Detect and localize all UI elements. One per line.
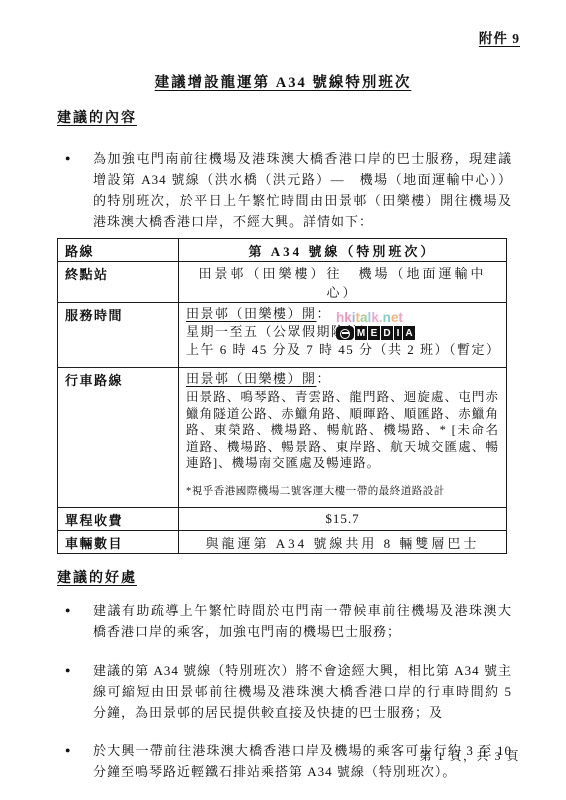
document-page: 附件 9 建議增設龍運第 A34 號線特別班次 建議的內容 ● 為加強屯門南前往… <box>0 0 566 800</box>
document-title-text: 建議增設龍運第 A34 號線特別班次 <box>155 75 412 91</box>
annex-label-text: 附件 9 <box>479 31 520 46</box>
content-block: ● 為加強屯門南前往機場及港珠澳大橋香港口岸的巴士服務，現建議增設第 A34 號… <box>57 148 512 232</box>
table-row-terminus: 終點站 田景邨（田樂樓）往 機場（地面運輸中心） <box>58 262 507 303</box>
row-label-fleet: 車輛數目 <box>58 531 179 554</box>
bullet-marker: ● <box>57 740 93 761</box>
row-label-route: 路線 <box>58 239 179 262</box>
section-heading-content: 建議的內容 <box>57 107 566 127</box>
annex-label: 附件 9 <box>0 0 566 47</box>
table-row-fleet: 車輛數目 與龍運第 A34 號線共用 8 輛雙層巴士 <box>58 531 507 554</box>
benefit-item: ● 建議有助疏導上午繁忙時間於屯門南一帶候車前往機場及港珠澳大橋香港口岸的乘客，… <box>57 600 512 642</box>
benefit-text: 建議的第 A34 號線（特別班次）將不會途經大興，相比第 A34 號主線可縮短由… <box>93 660 512 723</box>
benefit-item: ● 建議的第 A34 號線（特別班次）將不會途經大興，相比第 A34 號主線可縮… <box>57 660 512 723</box>
document-title: 建議增設龍運第 A34 號線特別班次 <box>0 71 566 92</box>
section-heading-benefits: 建議的好處 <box>57 567 566 587</box>
service-depart-colon: ： <box>317 306 332 321</box>
row-value-fare: $15.7 <box>179 508 507 531</box>
row-value-route: 第 A34 號線（特別班次） <box>179 239 507 262</box>
row-value-fleet: 與龍運第 A34 號線共用 8 輛雙層巴士 <box>179 531 507 554</box>
route-details-table: 路線 第 A34 號線（特別班次） 終點站 田景邨（田樂樓）往 機場（地面運輸中… <box>57 238 507 554</box>
routing-depart-text: 田景邨（田樂樓）開 <box>186 371 317 386</box>
row-value-service-hours: 田景邨（田樂樓）開： 星期一至五（公眾假期除外） 上午 6 時 45 分及 7 … <box>179 303 507 368</box>
service-depart-text: 田景邨（田樂樓）開 <box>186 306 317 321</box>
row-value-terminus: 田景邨（田樂樓）往 機場（地面運輸中心） <box>179 262 507 303</box>
bullet-marker: ● <box>57 600 93 621</box>
row-label-terminus: 終點站 <box>58 262 179 303</box>
row-label-service-hours: 服務時間 <box>58 303 179 368</box>
bullet-marker: ● <box>57 660 93 681</box>
service-times-line: 上午 6 時 45 分及 7 時 45 分（共 2 班）（暫定） <box>186 341 499 359</box>
service-depart-line: 田景邨（田樂樓）開： <box>186 305 499 323</box>
routing-roads-text: 田景路、鳴琴路、青雲路、龍門路、迴旋處、屯門赤鱲角隧道公路、赤鱲角路、順暉路、順… <box>186 389 499 472</box>
table-row-routing: 行車路線 田景邨（田樂樓）開： 田景路、鳴琴路、青雲路、龍門路、迴旋處、屯門赤鱲… <box>58 368 507 508</box>
benefit-text: 建議有助疏導上午繁忙時間於屯門南一帶候車前往機場及港珠澳大橋香港口岸的乘客，加強… <box>93 600 512 642</box>
row-label-routing: 行車路線 <box>58 368 179 508</box>
proposal-bullet-item: ● 為加強屯門南前往機場及港珠澳大橋香港口岸的巴士服務，現建議增設第 A34 號… <box>57 148 512 232</box>
row-value-routing: 田景邨（田樂樓）開： 田景路、鳴琴路、青雲路、龍門路、迴旋處、屯門赤鱲角隧道公路… <box>179 368 507 508</box>
routing-depart-colon: ： <box>317 371 332 386</box>
routing-footnote: *視乎香港國際機場二號客運大樓一帶的最終道路設計 <box>186 485 499 498</box>
proposal-paragraph: 為加強屯門南前往機場及港珠澳大橋香港口岸的巴士服務，現建議增設第 A34 號線（… <box>93 148 512 232</box>
bullet-marker: ● <box>57 148 93 169</box>
row-label-fare: 單程收費 <box>58 508 179 531</box>
table-row-route: 路線 第 A34 號線（特別班次） <box>58 239 507 262</box>
page-number-footer: 第 1 頁，共 3 頁 <box>419 747 520 764</box>
service-days-line: 星期一至五（公眾假期除外） <box>186 323 499 341</box>
routing-depart-line: 田景邨（田樂樓）開： <box>186 370 499 388</box>
table-row-service-hours: 服務時間 田景邨（田樂樓）開： 星期一至五（公眾假期除外） 上午 6 時 45 … <box>58 303 507 368</box>
table-row-fare: 單程收費 $15.7 <box>58 508 507 531</box>
